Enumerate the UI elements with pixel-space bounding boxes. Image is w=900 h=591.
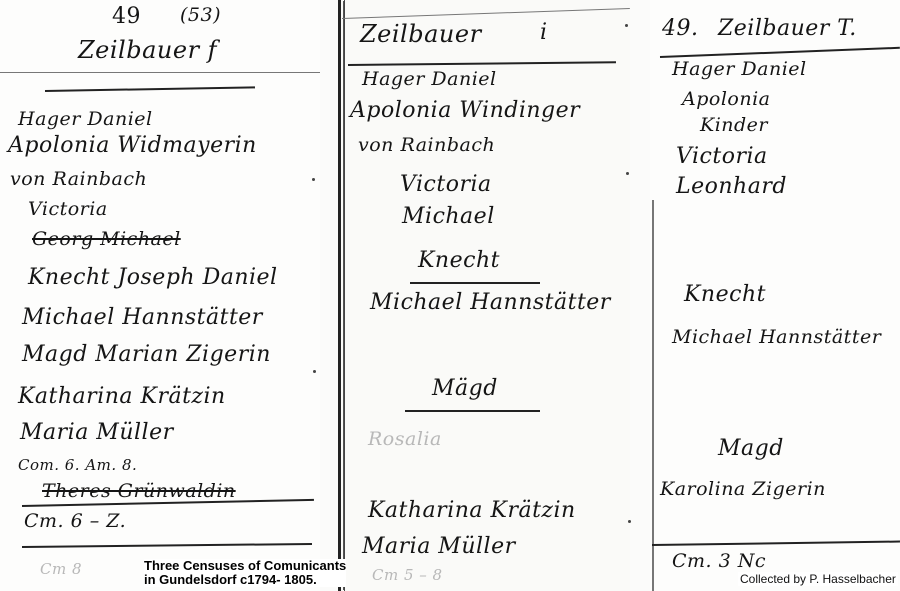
caption-line-1: Three Censuses of Comunicants [144, 559, 346, 573]
scan-speck [625, 24, 628, 27]
c2-entry-4: Michael [402, 204, 495, 229]
c2-faint-tally: Cm 5 – 8 [372, 566, 443, 584]
c2-entry-0: Hager Daniel [362, 68, 497, 90]
c3-house-number: 49. [662, 16, 699, 41]
c2-entry-3: Victoria [400, 172, 492, 197]
c2-faint-entry: Rosalia [368, 428, 442, 450]
c2-header: Zeilbauer [360, 20, 482, 48]
c2-entry-8: Katharina Krätzin [368, 498, 576, 523]
c2-entry-2: von Rainbach [358, 134, 495, 156]
c1-entry-7: Magd Marian Zigerin [22, 342, 271, 367]
c3-entry-0: Hager Daniel [672, 58, 807, 80]
c3-entry-1: Apolonia [682, 88, 770, 110]
c1-faint-bottom: Cm 8 [40, 560, 82, 578]
c2-magd-underline [405, 410, 540, 412]
c1-alt-number: (53) [180, 4, 221, 26]
c1-entry-4: Georg Michael [32, 228, 181, 250]
c3-tally: Cm. 3 Nc [672, 550, 766, 572]
c1-entry-2: von Rainbach [10, 168, 147, 190]
c2-entry-1: Apolonia Windinger [350, 98, 580, 123]
page-binding-right [652, 200, 654, 591]
c3-entry-8: Karolina Zigerin [660, 478, 826, 500]
c1-tally-1: Com. 6. Am. 8. [18, 456, 137, 474]
c1-entry-9: Maria Müller [20, 420, 174, 445]
c1-house-number: 49 [112, 4, 141, 29]
c3-entry-3: Victoria [676, 144, 768, 169]
c3-entry-2: Kinder [700, 114, 768, 136]
c1-entry-3: Victoria [28, 198, 108, 220]
scan-speck [312, 178, 315, 181]
c3-entry-7: Magd [718, 436, 784, 461]
caption: Three Censuses of Comunicants in Gundels… [144, 559, 346, 587]
c3-header: Zeilbauer T. [718, 16, 857, 41]
c3-entry-5: Knecht [684, 282, 766, 307]
page-binding-left-inner [344, 0, 345, 591]
c2-entry-5: Knecht [418, 248, 500, 273]
c1-header: Zeilbauer f [78, 36, 217, 64]
c1-entry-6: Michael Hannstätter [22, 305, 263, 330]
c2-entry-9: Maria Müller [362, 534, 516, 559]
c2-knecht-underline [410, 282, 540, 284]
credit: Collected by P. Hasselbacher [738, 572, 898, 586]
caption-line-2: in Gundelsdorf c1794- 1805. [144, 573, 346, 587]
c1-entry-1: Apolonia Widmayerin [8, 133, 257, 158]
c1-crossed-entry: Theres Grünwaldin [42, 480, 236, 502]
c2-entry-6: Michael Hannstätter [370, 290, 611, 315]
page-binding-left [338, 0, 341, 591]
c1-tally-2: Cm. 6 – Z. [24, 510, 126, 532]
scan-speck [628, 520, 631, 523]
c1-entry-0: Hager Daniel [18, 108, 153, 130]
c3-entry-6: Michael Hannstätter [672, 326, 881, 348]
scan-speck [313, 370, 316, 373]
scan-speck [626, 172, 629, 175]
c2-header-mark: i [540, 20, 548, 45]
c1-entry-5: Knecht Joseph Daniel [28, 265, 278, 290]
c3-entry-4: Leonhard [676, 174, 787, 199]
c2-entry-7: Mägd [432, 376, 498, 401]
c1-header-rule [0, 72, 320, 73]
c1-entry-8: Katharina Krätzin [18, 384, 226, 409]
